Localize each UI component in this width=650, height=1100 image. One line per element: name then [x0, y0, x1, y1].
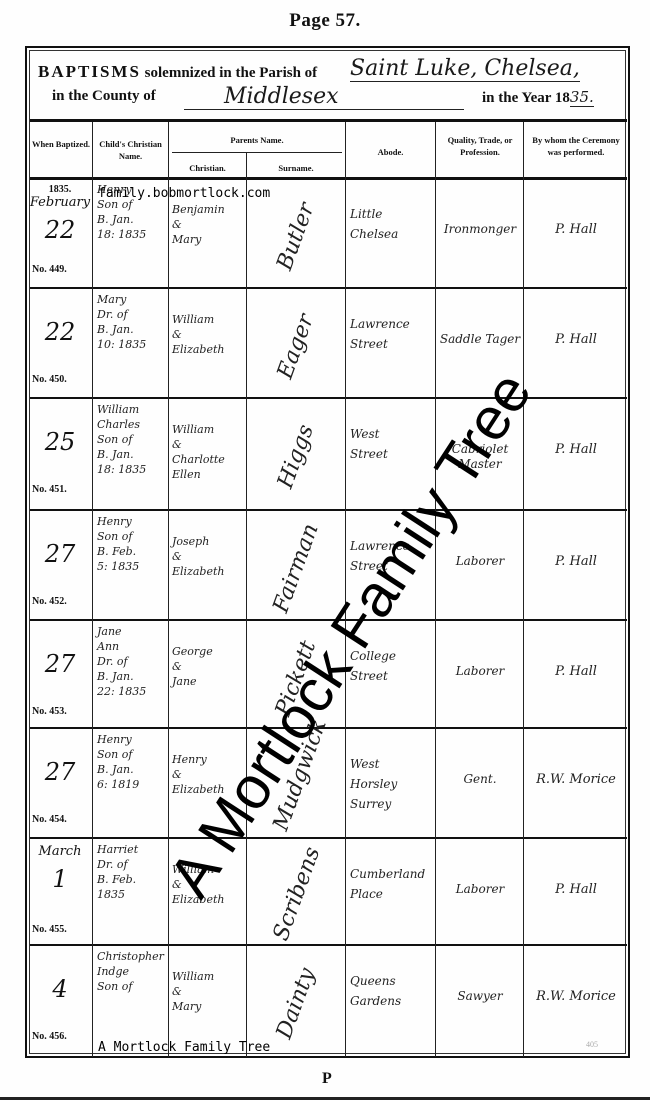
row-divider: [30, 837, 627, 839]
baptism-date: 1835.February22: [28, 184, 92, 244]
quality-trade: Gent.: [438, 772, 522, 787]
officiant: P. Hall: [526, 664, 626, 679]
officiant: R.W. Morice: [526, 989, 626, 1004]
row-divider: [30, 509, 627, 511]
col-header-when: When Baptized.: [30, 138, 92, 150]
col-divider: [246, 152, 247, 1057]
entry-number: No. 452.: [32, 596, 67, 607]
baptisms-word: BAPTISMS: [38, 62, 141, 81]
row-divider: [30, 287, 627, 289]
baptism-date: 4: [28, 951, 92, 1003]
abode: Little Chelsea: [350, 204, 434, 244]
solemnized-text: solemnized in the Parish of: [145, 65, 318, 81]
watermark-url: family.bobmortlock.com: [98, 186, 270, 201]
column-header-divider: [30, 177, 627, 180]
year-suffix: 35.: [570, 88, 594, 107]
child-name: Henry Son of B. Jan. 6: 1819: [97, 732, 169, 792]
entry-number: No. 449.: [32, 264, 67, 275]
county-label: in the County of: [52, 88, 156, 105]
child-name: Henry Son of B. Feb. 5: 1835: [97, 514, 169, 574]
abode: West Horsley Surrey: [350, 754, 434, 814]
col-divider: [92, 122, 93, 1057]
quality-trade: Sawyer: [438, 989, 522, 1004]
baptism-date: 27: [28, 734, 92, 786]
heading-divider: [30, 119, 627, 122]
footer-mark: P: [322, 1070, 332, 1088]
child-name: Mary Dr. of B. Jan. 10: 1835: [97, 292, 169, 352]
quality-trade: Laborer: [438, 664, 522, 679]
entry-number: No. 453.: [32, 706, 67, 717]
parish-name: Saint Luke, Chelsea,: [350, 56, 630, 82]
col-divider: [435, 122, 436, 1057]
officiant: P. Hall: [526, 554, 626, 569]
register-heading: BAPTISMS solemnized in the Parish of: [38, 62, 317, 82]
entry-number: No. 455.: [32, 924, 67, 935]
col-header-parents: Parents Name.: [169, 134, 345, 146]
child-name: William Charles Son of B. Jan. 18: 1835: [97, 402, 169, 477]
quality-trade: Laborer: [438, 554, 522, 569]
officiant: P. Hall: [526, 442, 626, 457]
baptism-date: 27: [28, 626, 92, 678]
col-header-christian: Christian.: [169, 162, 246, 174]
col-header-child: Child's Christian Name.: [93, 138, 168, 162]
entry-number: No. 450.: [32, 374, 67, 385]
margin-number: 405: [586, 1040, 598, 1049]
parents-christian: William & Charlotte Ellen: [172, 422, 246, 482]
abode: Queens Gardens: [350, 971, 434, 1011]
baptism-date: 25: [28, 404, 92, 456]
col-header-ceremony: By whom the Ceremony was performed.: [530, 134, 622, 158]
officiant: R.W. Morice: [526, 772, 626, 787]
abode: Cumberland Place: [350, 864, 434, 904]
abode: Lawrence Street: [350, 314, 434, 354]
quality-trade: Laborer: [438, 882, 522, 897]
entry-number: No. 454.: [32, 814, 67, 825]
child-name: Jane Ann Dr. of B. Jan. 22: 1835: [97, 624, 169, 699]
officiant: P. Hall: [526, 222, 626, 237]
entry-number: No. 451.: [32, 484, 67, 495]
parents-christian: Joseph & Elizabeth: [172, 534, 246, 579]
abode: West Street: [350, 424, 434, 464]
baptism-date: March1: [28, 844, 92, 893]
quality-trade: Ironmonger: [438, 222, 522, 237]
parents-subdivider: [172, 152, 342, 153]
page-title: Page 57.: [0, 10, 650, 32]
county-name: Middlesex: [184, 84, 474, 110]
parents-christian: George & Jane: [172, 644, 246, 689]
parents-christian: William & Elizabeth: [172, 312, 246, 357]
col-header-quality: Quality, Trade, or Profession.: [440, 134, 520, 158]
row-divider: [30, 944, 627, 946]
col-header-abode: Abode.: [346, 146, 435, 158]
baptism-date: 27: [28, 516, 92, 568]
entry-number: No. 456.: [32, 1031, 67, 1042]
col-divider: [523, 122, 524, 1057]
baptism-date: 22: [28, 294, 92, 346]
col-header-surname: Surname.: [247, 162, 345, 174]
year-label: in the Year 1835.: [482, 88, 594, 107]
parents-christian: William & Mary: [172, 969, 246, 1014]
watermark-footer: A Mortlock Family Tree: [98, 1040, 270, 1055]
parents-christian: Benjamin & Mary: [172, 202, 246, 247]
officiant: P. Hall: [526, 882, 626, 897]
